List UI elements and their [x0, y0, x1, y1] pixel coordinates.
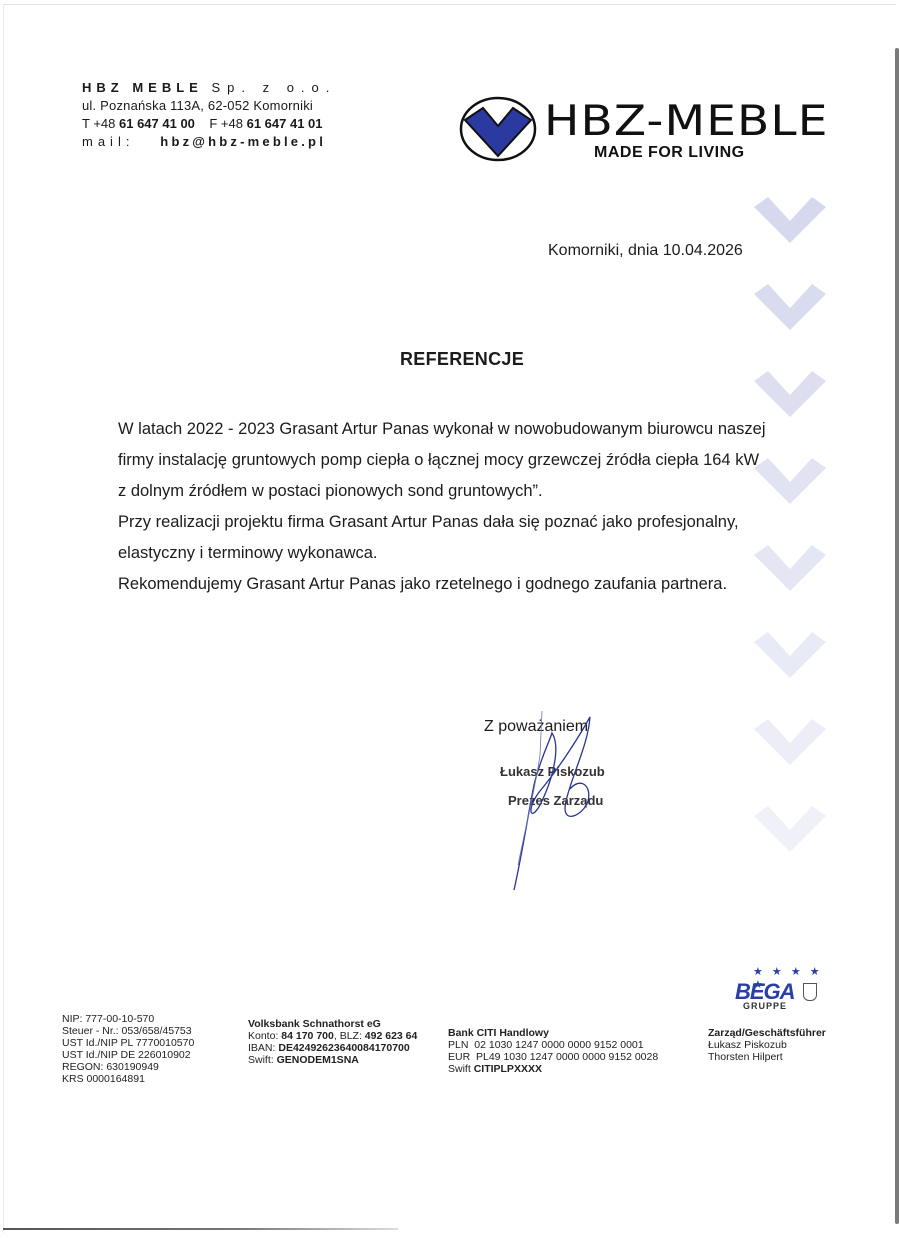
footer-citi-bank: Bank CITI Handlowy PLN 02 1030 1247 0000… [448, 1027, 658, 1075]
phone-number: 61 647 41 00 [119, 116, 195, 131]
iban-value: DE42492623640084170700 [278, 1042, 409, 1054]
volksbank-name: Volksbank Schnathorst eG [248, 1018, 381, 1030]
place-date: Komorniki, dnia 10.04.2026 [548, 242, 743, 260]
blz-value: 492 623 64 [365, 1030, 418, 1042]
body-line: Rekomendujemy Grasant Artur Panas jako r… [118, 569, 818, 600]
chevron-down-icon [752, 630, 828, 680]
fax-prefix: F +48 [209, 116, 243, 131]
handwritten-signature [500, 705, 620, 895]
company-name: HBZ MEBLE [82, 80, 203, 95]
company-mail-line: mail: hbz@hbz-meble.pl [82, 133, 336, 151]
mail-label: mail: [82, 134, 134, 149]
swift-value: GENODEM1SNA [277, 1054, 359, 1066]
letter-body: W latach 2022 - 2023 Grasant Artur Panas… [118, 414, 818, 600]
company-email: hbz@hbz-meble.pl [160, 134, 326, 149]
footer-regon: REGON: 630190949 [62, 1061, 194, 1073]
citi-eur-account: EUR PL49 1030 1247 0000 0000 9152 0028 [448, 1051, 658, 1063]
footer-registration: NIP: 777-00-10-570 Steuer - Nr.: 053/658… [62, 1013, 194, 1085]
company-logo: HBZ-MEBLE MADE FOR LIVING [459, 96, 839, 166]
footer-nip: NIP: 777-00-10-570 [62, 1013, 194, 1025]
footer-volksbank: Volksbank Schnathorst eG Konto: 84 170 7… [248, 1018, 417, 1066]
bega-gruppe-label: GRUPPE [743, 1001, 787, 1011]
company-header: HBZ MEBLE Sp. z o.o. ul. Poznańska 113A,… [82, 79, 336, 151]
bega-gruppe-logo: ★ ★ ★ ★ ★ BEGA GRUPPE [735, 965, 825, 1015]
body-line: Przy realizacji projektu firma Grasant A… [118, 507, 818, 538]
footer-ust-pl: UST Id./NIP PL 7770010570 [62, 1037, 194, 1049]
chevron-down-icon [752, 717, 828, 767]
logo-tagline: MADE FOR LIVING [594, 144, 745, 162]
body-line: z dolnym źródłem w postaci pionowych son… [118, 476, 818, 507]
konto-label: Konto: [248, 1030, 278, 1042]
footer-steuer-nr: Steuer - Nr.: 053/658/45753 [62, 1025, 194, 1037]
iban-label: IBAN: [248, 1042, 275, 1054]
chevron-in-circle-logo-icon [459, 96, 537, 162]
board-member: Thorsten Hilpert [708, 1051, 826, 1063]
chevron-down-icon [752, 195, 828, 245]
footer-board: Zarząd/Geschäftsführer Łukasz Piskozub T… [708, 1027, 826, 1063]
logo-wordmark: HBZ-MEBLE [544, 96, 829, 146]
citi-bank-name: Bank CITI Handlowy [448, 1027, 549, 1039]
body-line: firmy instalację gruntowych pomp ciepła … [118, 445, 818, 476]
scan-edge-line [3, 1228, 398, 1230]
blz-label: BLZ: [340, 1030, 362, 1042]
company-address: ul. Poznańska 113A, 62-052 Komorniki [82, 97, 336, 115]
footer-ust-de: UST Id./NIP DE 226010902 [62, 1049, 194, 1061]
citi-pln-account: PLN 02 1030 1247 0000 0000 9152 0001 [448, 1039, 658, 1051]
konto-value: 84 170 700 [281, 1030, 334, 1042]
body-line: W latach 2022 - 2023 Grasant Artur Panas… [118, 414, 818, 445]
board-member: Łukasz Piskozub [708, 1039, 826, 1051]
page-edge-shadow [895, 48, 899, 1224]
chevron-down-icon [752, 282, 828, 332]
body-line: elastyczny i terminowy wykonawca. [118, 538, 818, 569]
shield-icon [803, 983, 817, 1001]
company-phone-line: T +48 61 647 41 00 F +48 61 647 41 01 [82, 115, 336, 133]
board-title: Zarząd/Geschäftsführer [708, 1027, 826, 1039]
citi-swift-value: CITIPLPXXXX [474, 1063, 542, 1075]
company-legal-form: Sp. z o.o. [211, 80, 336, 95]
fax-number: 61 647 41 01 [247, 116, 323, 131]
company-name-line: HBZ MEBLE Sp. z o.o. [82, 79, 336, 97]
chevron-down-icon [752, 804, 828, 854]
phone-prefix: T +48 [82, 116, 115, 131]
footer-krs: KRS 0000164891 [62, 1073, 194, 1085]
chevron-down-icon [752, 369, 828, 419]
swift-label: Swift: [248, 1054, 274, 1066]
letter-title: REFERENCJE [400, 349, 524, 370]
citi-swift-label: Swift [448, 1063, 471, 1075]
